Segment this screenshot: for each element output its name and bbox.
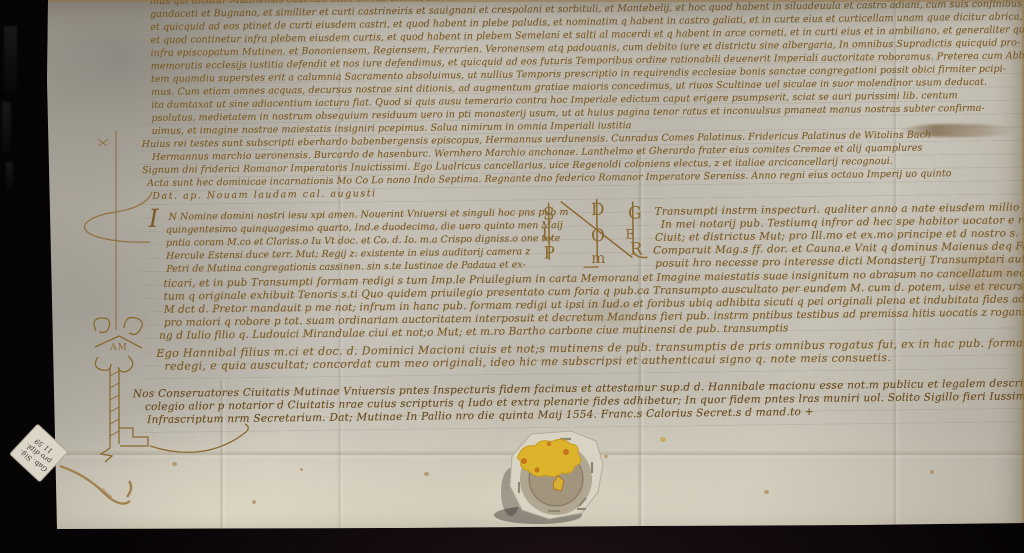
tag-text: Gab. Sig.: [18, 448, 49, 473]
manuscript-line: Dat. ap. Nouam laudam cal. augusti: [152, 188, 376, 202]
backdrop-mark: [6, 162, 13, 190]
backdrop-mark: [4, 26, 17, 92]
tag-text: 11 59: [33, 436, 54, 454]
manuscript-line: Petri de Mutina congregationis cassinen.…: [166, 259, 526, 274]
tag-text: pro dipl.: [24, 441, 53, 465]
backdrop-mark: [2, 102, 11, 154]
paragraph-initial: I: [149, 206, 159, 231]
parchment: mus qui dicatur Mutinensis cauendo inter…: [0, 0, 1024, 553]
manuscript-photo: mus qui dicatur Mutinensis cauendo inter…: [0, 0, 1024, 553]
handwritten-text: mus qui dicatur Mutinensis cauendo inter…: [0, 0, 1024, 553]
